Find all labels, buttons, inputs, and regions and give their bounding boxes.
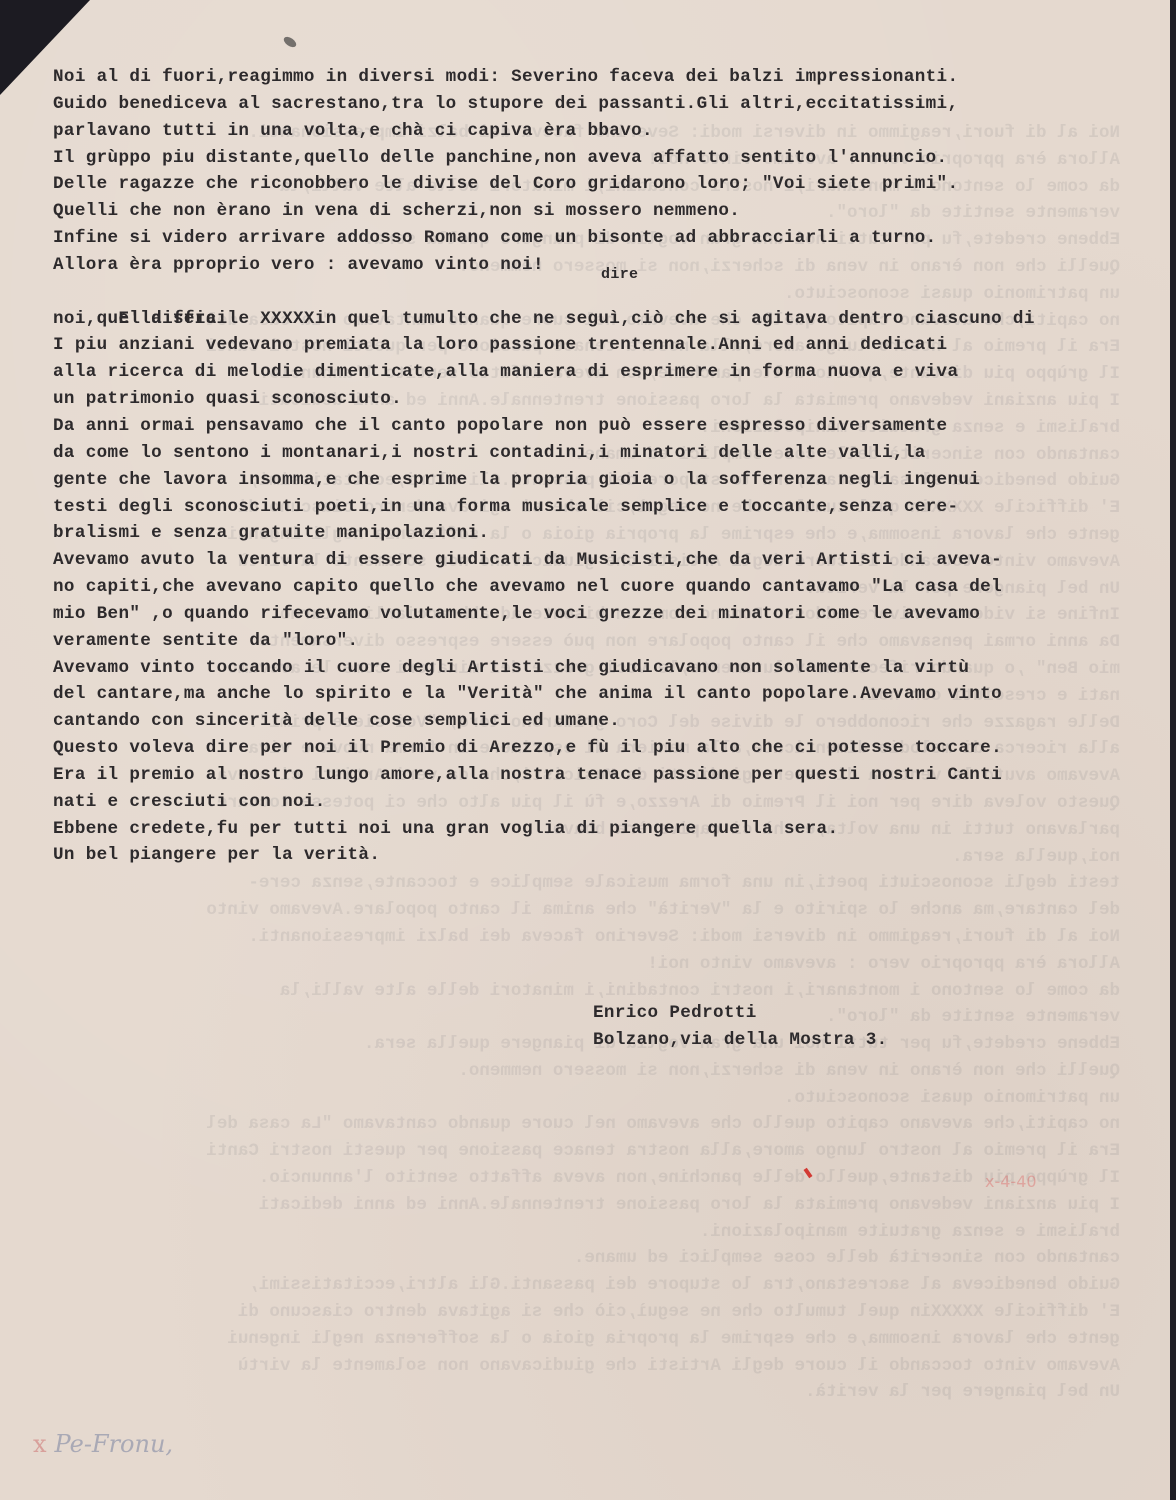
text-line: Un bel piangere per la verità.	[53, 842, 1035, 869]
text-line: veramente sentite da "loro".	[53, 628, 1035, 655]
text-line: Era il premio al nostro lungo amore,alla…	[53, 762, 1035, 789]
text-line: parlavano tutti in una volta,e chà ci ca…	[53, 118, 1035, 145]
text-line: cantando con sincerità delle cose sempli…	[53, 708, 1035, 735]
text-line: noi,quella sera.	[53, 306, 1035, 333]
text-line: nati e cresciuti con noi.	[53, 789, 1035, 816]
text-line: alla ricerca di melodie dimenticate,alla…	[53, 359, 1035, 386]
text-line: Questo voleva dire per noi il Premio di …	[53, 735, 1035, 762]
text-line: testi degli sconosciuti poeti,in una for…	[53, 494, 1035, 521]
text-line: del cantare,ma anche lo spirito e la "Ve…	[53, 681, 1035, 708]
signature-name: Enrico Pedrotti	[593, 1000, 888, 1027]
red-annotation: x-4-40	[985, 1172, 1037, 1191]
text-line: mio Ben" ,o quando rifecevamo volutament…	[53, 601, 1035, 628]
text-line: Quelli che non èrano in vena di scherzi,…	[53, 198, 1035, 225]
text-line: bralismi e senza gratuite manipolazioni.	[53, 520, 1035, 547]
text-line: da come lo sentono i montanari,i nostri …	[53, 440, 1035, 467]
text-line: Avevamo avuto la ventura di essere giudi…	[53, 547, 1035, 574]
text-line: Avevamo vinto toccando il cuore degli Ar…	[53, 655, 1035, 682]
text-line: Il grùppo piu distante,quello delle panc…	[53, 145, 1035, 172]
ink-smudge	[282, 35, 298, 50]
text-line: Delle ragazze che riconobbero le divise …	[53, 171, 1035, 198]
text-line: Ebbene credete,fu per tutti noi una gran…	[53, 816, 1035, 843]
scan-edge	[1170, 0, 1176, 1500]
text-line: Noi al di fuori,reagimmo in diversi modi…	[53, 64, 1035, 91]
text-line: no capiti,che avevano capito quello che …	[53, 574, 1035, 601]
text-line: gente che lavora insomma,e che esprime l…	[53, 467, 1035, 494]
handwritten-note: xPe-Fronu,	[33, 1430, 173, 1458]
handwritten-x-mark: x	[33, 1430, 47, 1458]
interlinear-insert: dire	[601, 267, 638, 282]
text-line: Da anni ormai pensavamo che il canto pop…	[53, 413, 1035, 440]
text-line: un patrimonio quasi sconosciuto.	[53, 386, 1035, 413]
handwritten-text: Pe-Fronu,	[55, 1430, 174, 1458]
text-line: I piu anziani vedevano premiata la loro …	[53, 332, 1035, 359]
text-line: Infine si videro arrivare addosso Romano…	[53, 225, 1035, 252]
paper-sheet: Noi al di fuori,reagimmo in diversi modi…	[0, 0, 1170, 1500]
letter-body: Noi al di fuori,reagimmo in diversi modi…	[53, 64, 1035, 869]
signature-address: Bolzano,via della Mostra 3.	[593, 1027, 888, 1054]
text-line-with-insert: E' difficile XXXXXin quel tumulto che ne…	[53, 279, 1035, 306]
text-line: Allora èra pproprio vero : avevamo vinto…	[53, 252, 1035, 279]
text-line: Guido benediceva al sacrestano,tra lo st…	[53, 91, 1035, 118]
signature-block: Enrico Pedrotti Bolzano,via della Mostra…	[593, 1000, 888, 1054]
